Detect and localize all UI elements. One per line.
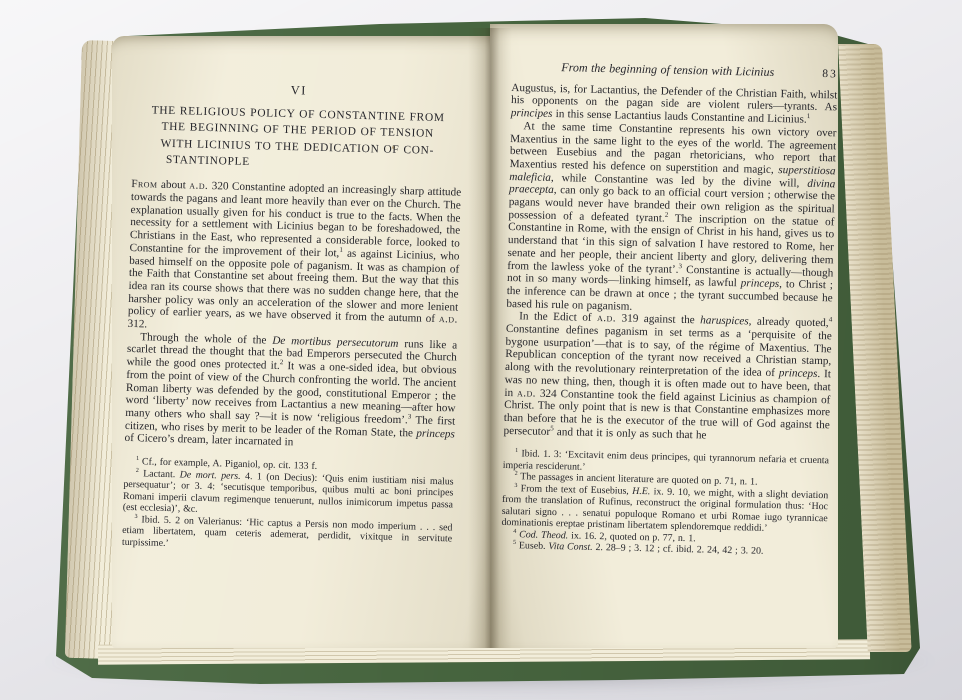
book-photo: VI THE RELIGIOUS POLICY OF CONSTANTINE F… [0, 0, 962, 700]
left-paragraph-1: From about a.d. 320 Constantine adopted … [127, 178, 461, 339]
right-footnotes: 1 Ibid. 1. 3: ‘Excitavit enim deus princ… [501, 448, 829, 559]
right-paragraph-3: In the Edict of a.d. 319 against the har… [503, 310, 832, 444]
left-paragraph-2: Through the whole of the De mortibus per… [124, 331, 457, 454]
page-number: 83 [822, 68, 838, 81]
right-paragraph-2: At the same time Constantine represents … [506, 120, 836, 318]
chapter-title: THE RELIGIOUS POLICY OF CONSTANTINE FROM… [132, 102, 464, 176]
left-page-text: VI THE RELIGIOUS POLICY OF CONSTANTINE F… [122, 80, 464, 557]
right-page-text: From the beginning of tension with Licin… [501, 60, 838, 559]
left-footnotes: 1 Cf., for example, A. Piganiol, op. cit… [122, 456, 454, 557]
footnote: 3 From the text of Eusebius, H.E. ix. 9.… [501, 483, 828, 536]
